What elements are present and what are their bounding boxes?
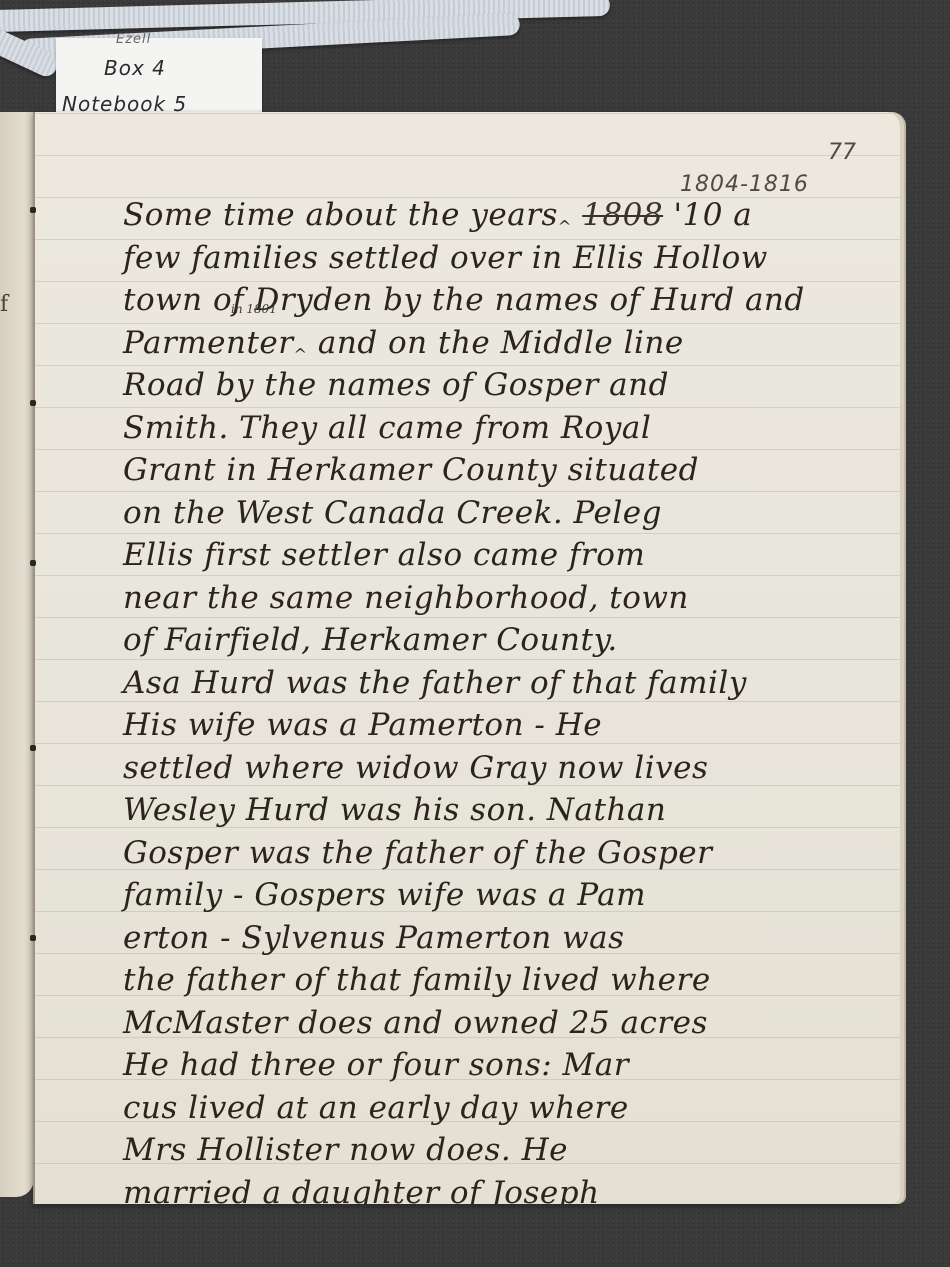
page-number: 77 [828, 140, 856, 165]
manuscript-line: Some time about the years^ 1808 '10 a [123, 194, 893, 237]
binding-stitch [30, 935, 36, 941]
manuscript-line: Asa Hurd was the father of that family [123, 662, 893, 705]
manuscript-line: Ellis first settler also came from [123, 534, 893, 577]
manuscript-line: Gosper was the father of the Gosper [123, 832, 893, 875]
insertion-caret: ^ [558, 217, 572, 236]
notebook-page: 77 1804-1816 in 1801 Some time about the… [33, 112, 900, 1204]
manuscript-line: the father of that family lived where [123, 959, 893, 1002]
manuscript-text: Some time about the years^ 1808 '10 a fe… [123, 194, 893, 1204]
insertion-caret: ^ [294, 345, 308, 364]
manuscript-line: Mrs Hollister now does. He [123, 1129, 893, 1172]
manuscript-line: settled where widow Gray now lives [123, 747, 893, 790]
binding-stitch [30, 560, 36, 566]
left-page-edge: f [0, 112, 34, 1197]
manuscript-line: Road by the names of Gosper and [123, 364, 893, 407]
manuscript-line: on the West Canada Creek. Peleg [123, 492, 893, 535]
manuscript-line: Smith. They all came from Royal [123, 407, 893, 450]
manuscript-line: few families settled over in Ellis Hollo… [123, 237, 893, 280]
manuscript-line: Grant in Herkamer County situated [123, 449, 893, 492]
insertion-note: in 1801 [231, 302, 277, 316]
manuscript-line: Wesley Hurd was his son. Nathan [123, 789, 893, 832]
manuscript-line: married a daughter of Joseph [123, 1172, 893, 1205]
binding-stitch [30, 745, 36, 751]
manuscript-line: His wife was a Pamerton - He [123, 704, 893, 747]
binding-stitch [30, 400, 36, 406]
manuscript-line: McMaster does and owned 25 acres [123, 1002, 893, 1045]
manuscript-line: He had three or four sons: Mar [123, 1044, 893, 1087]
left-page-mark: f [0, 292, 8, 317]
struck-text: 1808 [582, 197, 663, 233]
binding-stitch [30, 207, 36, 213]
manuscript-line: of Fairfield, Herkamer County. [123, 619, 893, 662]
manuscript-line: family - Gospers wife was a Pam [123, 874, 893, 917]
manuscript-line: cus lived at an early day where [123, 1087, 893, 1130]
manuscript-line: erton - Sylvenus Pamerton was [123, 917, 893, 960]
label-top-scribble: Ezell [116, 32, 151, 47]
manuscript-line: near the same neighborhood, town [123, 577, 893, 620]
label-box-number: Box 4 [104, 56, 166, 80]
manuscript-line: Parmenter^ and on the Middle line [123, 322, 893, 365]
